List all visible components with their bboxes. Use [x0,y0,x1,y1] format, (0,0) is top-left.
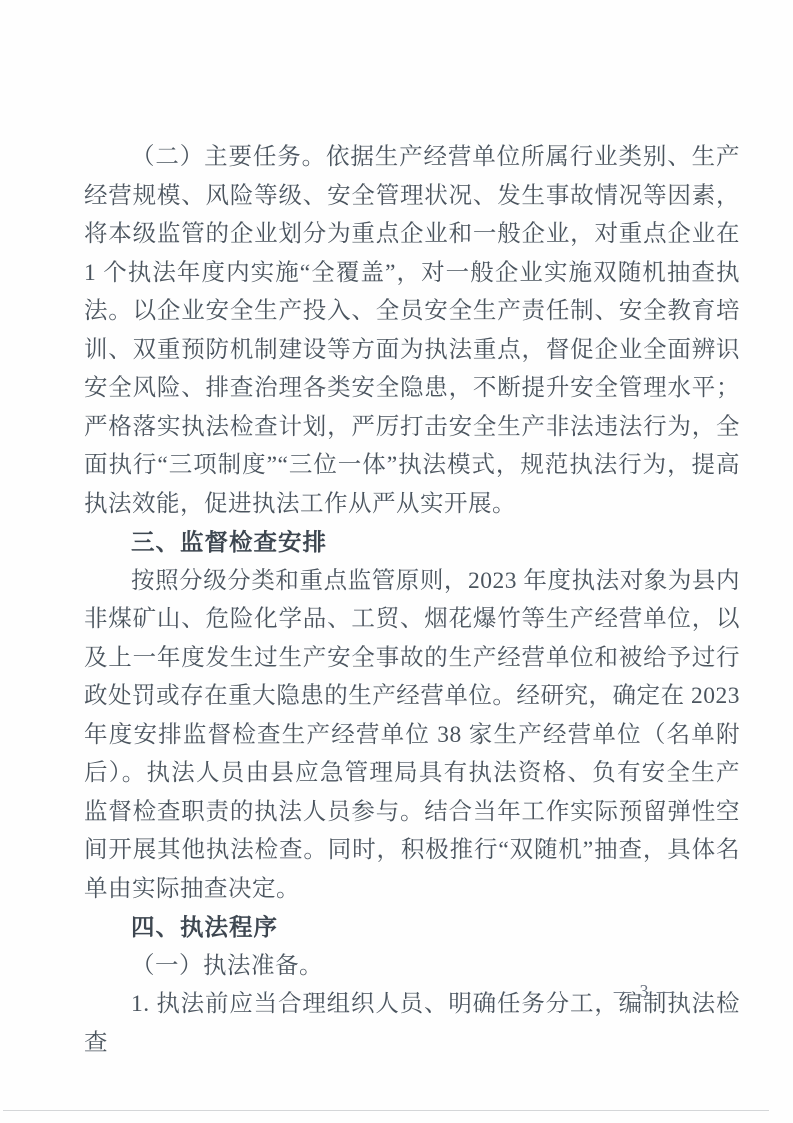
heading-section-4-enforcement-procedure: 四、执法程序 [84,908,740,947]
paragraph-inspection-arrangement: 按照分级分类和重点监管原则，2023 年度执法对象为县内非煤矿山、危险化学品、工… [84,562,740,909]
paragraph-main-tasks: （二）主要任务。依据生产经营单位所属行业类别、生产经营规模、风险等级、安全管理状… [84,138,740,523]
document-page: （二）主要任务。依据生产经营单位所属行业类别、生产经营规模、风险等级、安全管理状… [0,0,793,1123]
page-number: — 3 — [595,981,695,1002]
document-body: （二）主要任务。依据生产经营单位所属行业类别、生产经营规模、风险等级、安全管理状… [84,138,740,1062]
heading-section-3-supervision-inspection-arrangement: 三、监督检查安排 [84,523,740,562]
scan-artifact-line [3,1110,769,1111]
paragraph-enforcement-preparation: （一）执法准备。 [84,947,740,986]
